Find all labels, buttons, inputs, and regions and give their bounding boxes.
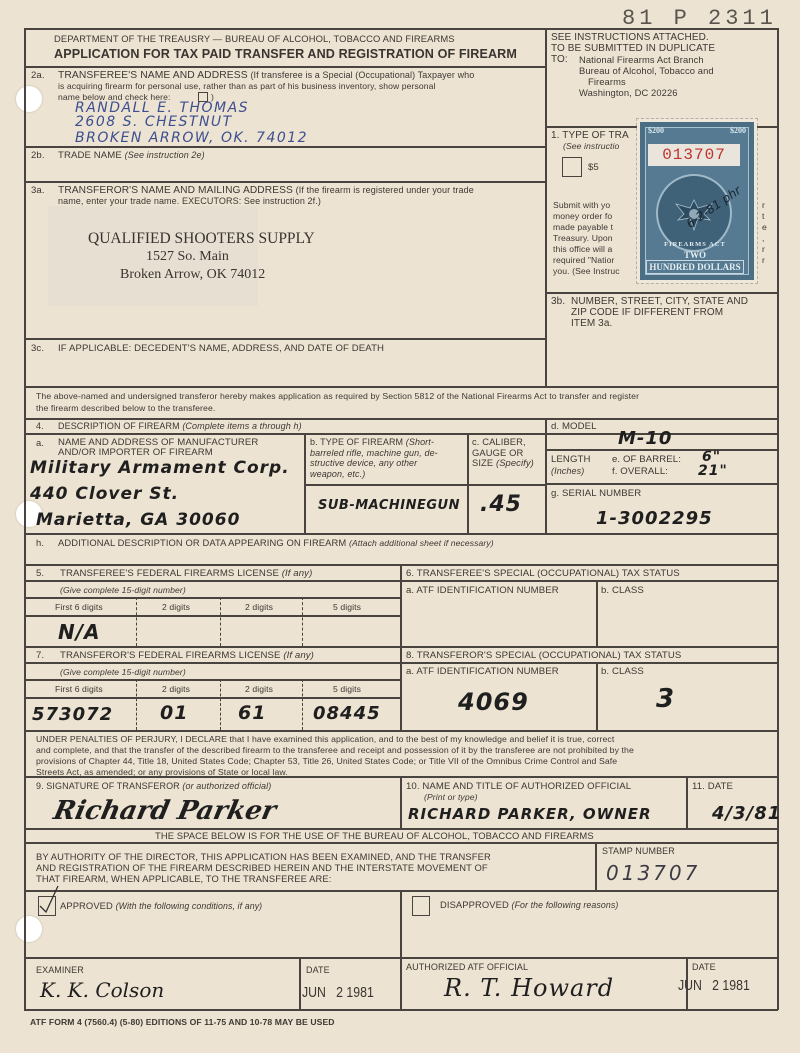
five-dollar-checkbox[interactable] — [562, 157, 582, 177]
transferee-ffl-5digits[interactable] — [306, 618, 398, 644]
overall-length[interactable]: 21" — [698, 463, 728, 479]
atf-use-banner: THE SPACE BELOW IS FOR THE USE OF THE BU… — [155, 830, 594, 841]
transferee-ffl-2digits-a[interactable] — [140, 618, 218, 644]
transferor-atf-id[interactable]: 4069 — [458, 688, 529, 716]
stamp-number[interactable]: 013707 — [606, 861, 700, 885]
firearm-type[interactable]: SUB-MACHINEGUN — [318, 498, 460, 513]
transferor-ffl-2digits-b[interactable]: 61 — [238, 702, 266, 724]
transferor-ffl-first6[interactable]: 573072 — [32, 704, 113, 725]
form-title: APPLICATION FOR TAX PAID TRANSFER AND RE… — [54, 47, 517, 61]
punch-hole-top — [16, 86, 42, 112]
trade-name-field[interactable] — [58, 162, 538, 178]
application-date[interactable]: 4/3/81 — [712, 803, 781, 824]
punch-hole-bottom — [16, 916, 42, 942]
transferee-class-field[interactable] — [601, 600, 773, 642]
manufacturer-street[interactable]: 440 Clover St. — [30, 484, 179, 504]
department-heading: DEPARTMENT OF THE TREAUSRY — BUREAU OF A… — [54, 33, 455, 44]
official-name-title[interactable]: RICHARD PARKER, OWNER — [408, 805, 652, 823]
model[interactable]: M-10 — [618, 428, 672, 449]
caliber[interactable]: .45 — [480, 492, 522, 517]
transferee-ffl-2digits-b[interactable] — [224, 618, 300, 644]
form-footer: ATF FORM 4 (7560.4) (5-80) EDITIONS OF 1… — [30, 1017, 335, 1028]
transferee-street[interactable]: 2608 S. CHESTNUT — [75, 114, 233, 130]
transferor-city[interactable]: Broken Arrow, OK 74012 — [120, 267, 265, 283]
transferee-ffl-first6[interactable]: N/A — [58, 620, 101, 644]
transferor-class[interactable]: 3 — [656, 684, 675, 714]
transferor-ffl-2digits-a[interactable]: 01 — [160, 702, 188, 724]
examiner-date[interactable]: JUN 2 1981 — [302, 984, 374, 1001]
transferor-ffl-5digits[interactable]: 08445 — [313, 703, 381, 724]
transferor-signature[interactable]: Richard Parker — [51, 796, 279, 826]
transferor-street[interactable]: 1527 So. Main — [146, 249, 229, 265]
approval-date[interactable]: JUN 2 1981 — [678, 977, 750, 994]
transferee-city[interactable]: BROKEN ARROW, OK. 74012 — [75, 130, 308, 146]
atf-official-signature[interactable]: R. T. Howard — [444, 974, 614, 1002]
serial-number[interactable]: 1-3002295 — [596, 508, 713, 529]
checkmark-icon — [36, 884, 62, 916]
transferor-name[interactable]: QUALIFIED SHOOTERS SUPPLY — [88, 230, 315, 248]
manufacturer-name[interactable]: Military Armament Corp. — [30, 458, 290, 478]
tax-stamp: $200 $200 013707 6-2-81 phr FIREARMS ACT… — [637, 119, 757, 283]
manufacturer-city[interactable]: Marietta, GA 30060 — [36, 510, 240, 530]
transferee-atf-id-field[interactable] — [406, 600, 592, 642]
stamp-serial: 013707 — [648, 144, 740, 166]
examiner-signature[interactable]: K. K. Colson — [40, 978, 164, 1002]
additional-description-field[interactable] — [58, 549, 768, 563]
disapproved-checkbox[interactable] — [412, 896, 430, 916]
